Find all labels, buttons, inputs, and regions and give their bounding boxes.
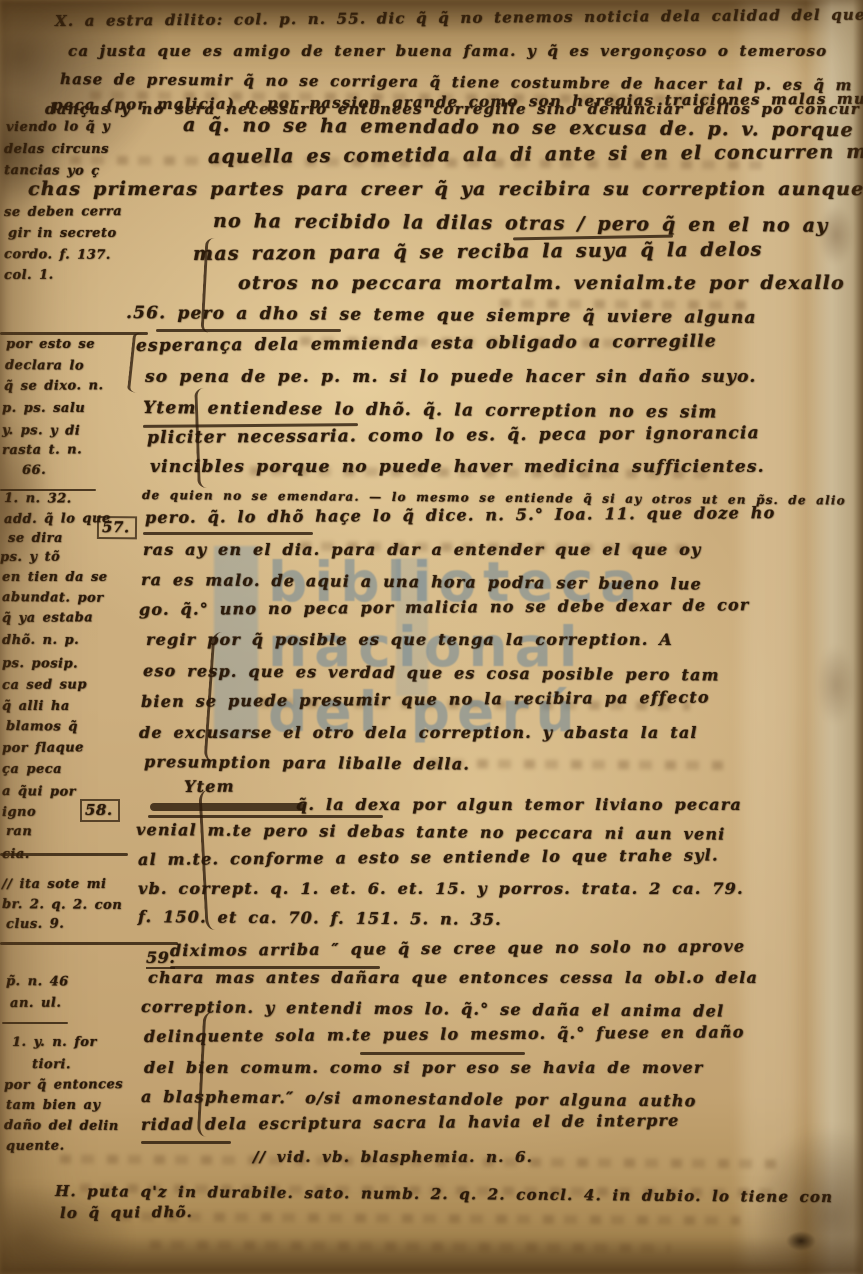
- margin-rule-3: [0, 853, 128, 856]
- margin-note: daño del delin: [4, 1118, 119, 1134]
- underline-pero-a-dho: [156, 329, 341, 332]
- manuscript-text-line: pero. q̃. lo dhõ haçe lo q̃ dice. n. 5.°…: [145, 503, 776, 527]
- manuscript-text-line: diximos arriba ″ que q̃ se cree que no s…: [170, 936, 745, 960]
- margin-note: por q̃ entonces: [4, 1077, 123, 1093]
- manuscript-text-line: aquella es cometida ala di ante si en el…: [208, 141, 863, 168]
- margin-note: se dira: [8, 531, 63, 546]
- manuscript-text-line: del bien comum. como si por eso se havia…: [144, 1058, 704, 1077]
- underline-pero-q-lo-dho: [143, 532, 313, 535]
- margin-note: se deben cerra: [4, 204, 122, 220]
- margin-note: delas circuns: [4, 142, 109, 157]
- ink-brace-3: [194, 388, 216, 489]
- manuscript-text-line: lo q̃ qui dhõ.: [60, 1203, 193, 1222]
- margin-note: 66.: [22, 463, 46, 478]
- manuscript-text-line: chas primeras partes para creer q̃ ya re…: [28, 178, 863, 200]
- margin-note: q̃ alli ha: [2, 699, 70, 714]
- margin-note: tam bien ay: [6, 1098, 100, 1113]
- handwriting-layer: X. a estra dilito: col. p. n. 55. dic q̃…: [0, 0, 863, 1274]
- manuscript-text-line: otros no peccara mortalm. venialm.te por…: [238, 272, 845, 294]
- manuscript-text-line: venial m.te pero si debas tante no pecca…: [136, 820, 726, 844]
- margin-note: 58.: [80, 799, 120, 822]
- margin-note: gir in secreto: [8, 226, 117, 241]
- manuscript-text-line: chara mas antes dañara que entonces cess…: [148, 968, 758, 987]
- manuscript-text-line: no ha recibido la dilas otras / pero q̃ …: [213, 210, 829, 237]
- margin-note: en tien da se: [2, 570, 108, 585]
- manuscript-text-line: a q̃. no se ha emendado no se excusa de.…: [183, 114, 854, 141]
- margin-note: blamos q̃: [6, 719, 78, 735]
- margin-note: clus. 9.: [6, 917, 64, 932]
- margin-note: por esto se: [6, 337, 95, 352]
- manuscript-text-line: eso resp. que es verdad que es cosa posi…: [143, 661, 720, 685]
- manuscript-text-line: q̃. la dexa por algun temor liviano peca…: [296, 795, 742, 814]
- underline-after-ytem: [148, 815, 383, 818]
- margin-note: igno: [2, 805, 36, 820]
- manuscript-text-line: so pena de pe. p. m. si lo puede hacer s…: [145, 367, 757, 387]
- margin-note: p̃. n. 46: [6, 974, 69, 989]
- manuscript-text-line: ridad dela escriptura sacra la havia el …: [141, 1111, 680, 1134]
- manuscript-page: biblioteca nacional del perú X. a estra …: [0, 0, 863, 1274]
- manuscript-text-line: a blasphemar.″ o/si amonestandole por al…: [141, 1087, 697, 1110]
- margin-note: quente.: [6, 1139, 65, 1154]
- margin-note: y. ps. y di: [2, 423, 80, 439]
- margin-note: ça peca: [2, 762, 62, 777]
- margin-note: dhõ. n. p.: [2, 633, 79, 648]
- margin-note: tiori.: [32, 1057, 71, 1072]
- margin-note: viendo lo q̃ y: [6, 119, 110, 135]
- margin-note: col. 1.: [4, 268, 54, 283]
- manuscript-text-line: // vid. vb. blasphemia. n. 6.: [253, 1148, 533, 1166]
- manuscript-text-line: presumption para liballe della.: [144, 752, 470, 774]
- margin-note: declara lo: [5, 358, 84, 374]
- manuscript-text-line: Ytem entiendese lo dhõ. q̃. la correptio…: [143, 398, 718, 423]
- margin-note: cordo. f. 137.: [4, 247, 111, 263]
- margin-note: ca sed sup: [2, 677, 87, 693]
- manuscript-text-line: delinquente sola m.te pues lo mesmo. q̃.…: [144, 1022, 745, 1046]
- margin-note: add. q̃ lo que: [4, 511, 111, 527]
- underline-pues-lo-mesmo: [360, 1052, 525, 1055]
- manuscript-text-line: ras ay en el dia. para dar a entender qu…: [143, 540, 702, 559]
- margin-note: p. ps. salu: [2, 401, 85, 416]
- margin-note: ps. posip.: [2, 656, 78, 672]
- manuscript-text-line: al m.te. conforme a esto se entiende lo …: [138, 845, 719, 869]
- manuscript-text-line: vb. corrept. q. 1. et. 6. et. 15. y porr…: [138, 879, 744, 898]
- manuscript-text-line: esperança dela emmienda esta obligado a …: [136, 331, 717, 356]
- margin-note: por flaque: [2, 740, 84, 756]
- underline-diximos-arriba: [170, 966, 380, 969]
- margin-note: q̃ se dixo. n.: [4, 378, 104, 394]
- margin-note: 57.: [97, 516, 137, 539]
- manuscript-text-line: mas razon para q̃ se reciba la suya q̃ l…: [193, 239, 763, 265]
- strikeout-blot: [150, 803, 305, 811]
- margin-note: br. 2. q. 2. con: [2, 897, 122, 913]
- underline-ridad: [141, 1141, 231, 1144]
- margin-note: an. ul.: [10, 996, 61, 1011]
- manuscript-text-line: ra es malo. de aqui a una hora podra ser…: [141, 570, 702, 593]
- margin-note: q̃ ya estaba: [2, 610, 93, 626]
- manuscript-text-line: vincibles porque no puede haver medicina…: [150, 457, 765, 477]
- manuscript-text-line: correption. y entendi mos lo. q̃.° se da…: [141, 997, 724, 1021]
- margin-note: a q̃ui por: [2, 784, 76, 800]
- margin-note: abundat. por: [2, 590, 104, 606]
- margin-rule-5: [2, 1022, 68, 1024]
- manuscript-text-line: f. 150. et ca. 70. f. 151. 5. n. 35.: [138, 907, 502, 929]
- margin-note: tancias yo ç: [4, 163, 100, 179]
- margin-rule-1: [0, 332, 148, 335]
- margin-note: ps. y tõ: [0, 550, 60, 565]
- margin-note: rasta t. n.: [2, 442, 82, 458]
- manuscript-text-line: ca justa que es amigo de tener buena fam…: [68, 42, 827, 60]
- manuscript-text-line: X. a estra dilito: col. p. n. 55. dic q̃…: [55, 5, 863, 30]
- margin-note: // ita sote mi: [2, 877, 106, 892]
- margin-note: ran: [6, 824, 32, 839]
- margin-rule-4: [0, 942, 178, 945]
- margin-rule-2: [0, 489, 96, 491]
- manuscript-text-line: go. q̃.° uno no peca por malicia no se d…: [139, 595, 750, 619]
- margin-note: 1. n. 32.: [4, 491, 72, 507]
- margin-note: 1. y. n. for: [12, 1035, 97, 1050]
